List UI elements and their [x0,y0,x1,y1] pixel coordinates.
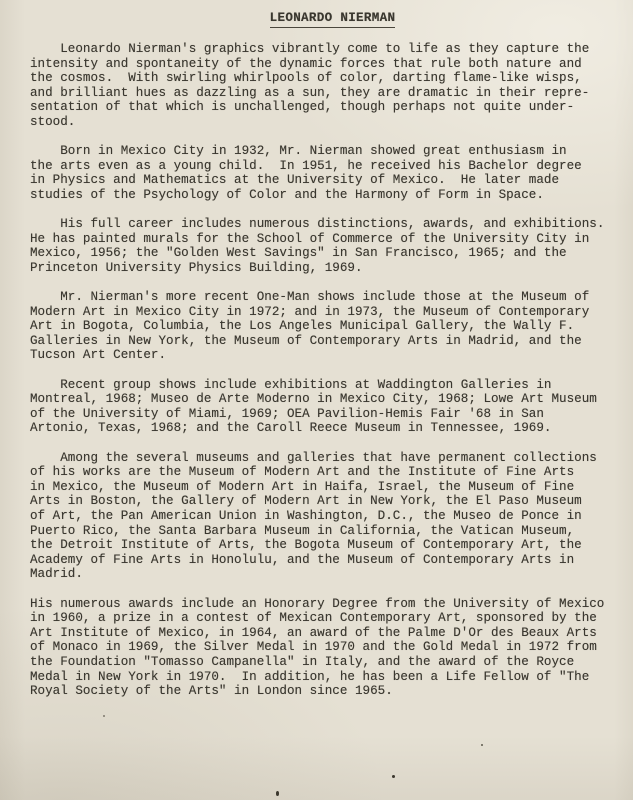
paragraph-intro: Leonardo Nierman's graphics vibrantly co… [30,42,617,130]
paragraph-collections: Among the several museums and galleries … [30,451,617,582]
paragraph-career: His full career includes numerous distin… [30,217,617,275]
paragraph-awards: His numerous awards include an Honorary … [30,597,617,699]
paper-speck [481,744,483,746]
paragraph-group-shows: Recent group shows include exhibitions a… [30,378,617,436]
document-page: LEONARDO NIERMAN Leonardo Nierman's grap… [0,0,633,800]
paragraph-one-man-shows: Mr. Nierman's more recent One-Man shows … [30,290,617,363]
document-body: LEONARDO NIERMAN Leonardo Nierman's grap… [30,8,617,713]
paper-speck [276,791,279,796]
paper-speck [392,775,395,778]
document-title: LEONARDO NIERMAN [270,11,396,28]
paper-speck [103,715,105,717]
paragraph-biography: Born in Mexico City in 1932, Mr. Nierman… [30,144,617,202]
title-row: LEONARDO NIERMAN [39,8,626,28]
